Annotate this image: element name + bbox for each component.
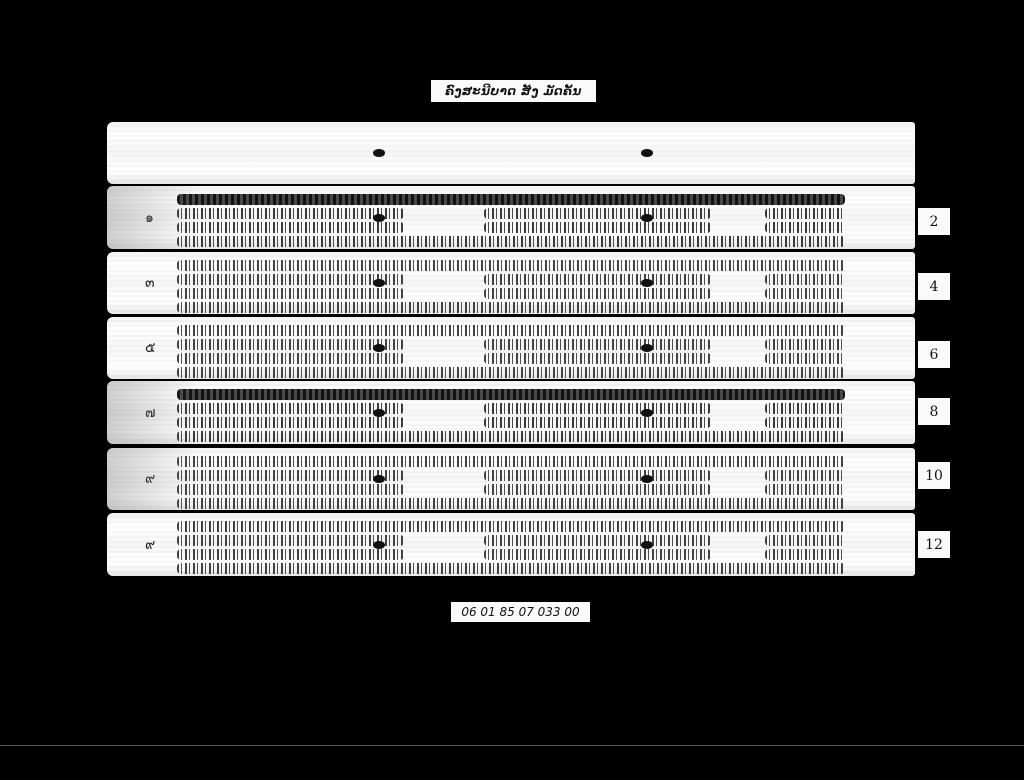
leaf-margin-numeral: ๕ [145,337,156,359]
binding-hole-icon [641,344,653,352]
palm-leaf-4: ๗ [107,381,915,444]
palm-leaf-3: ๕ [107,317,915,379]
leaf-script-text [177,325,845,373]
leaf-script-text [177,260,845,308]
film-edge-divider [0,745,1024,746]
binding-hole-icon [373,214,385,222]
binding-hole-icon [373,475,385,483]
leaf-script-text [177,389,845,438]
binding-hole-icon [641,475,653,483]
binding-hole-icon [641,149,653,157]
palm-leaf-6: ๙ [107,513,915,576]
page-number-tag: 12 [918,531,950,558]
binding-hole-icon [373,149,385,157]
leaf-margin-numeral: ๙ [145,534,155,556]
binding-hole-icon [373,541,385,549]
leaf-margin-numeral: ๗ [145,402,156,424]
page-number-tag: 8 [918,398,950,425]
binding-hole-icon [373,409,385,417]
palm-leaf-cover [107,122,915,184]
binding-hole-icon [641,541,653,549]
palm-leaf-5: ๙ [107,448,915,510]
binding-hole-icon [641,214,653,222]
palm-leaf-1: ๑ [107,186,915,249]
binding-hole-icon [373,344,385,352]
binding-hole-icon [373,279,385,287]
page-number-tag: 6 [918,341,950,368]
binding-hole-icon [641,279,653,287]
leaf-margin-numeral: ๙ [145,468,155,490]
leaf-script-text [177,521,845,570]
leaf-script-text [177,456,845,504]
palm-leaf-2: ๓ [107,252,915,314]
microfilm-reference-label: 06 01 85 07 033 00 [451,602,590,622]
leaf-script-text [177,194,845,243]
manuscript-title-label: ຄົງສະນີບາດ ສັງ ມັດຄັ້ນ [431,80,596,102]
page-number-tag: 2 [918,208,950,235]
leaf-margin-numeral: ๓ [145,272,155,294]
page-number-tag: 10 [918,462,950,489]
leaf-margin-numeral: ๑ [145,207,154,229]
page-number-tag: 4 [918,273,950,300]
binding-hole-icon [641,409,653,417]
